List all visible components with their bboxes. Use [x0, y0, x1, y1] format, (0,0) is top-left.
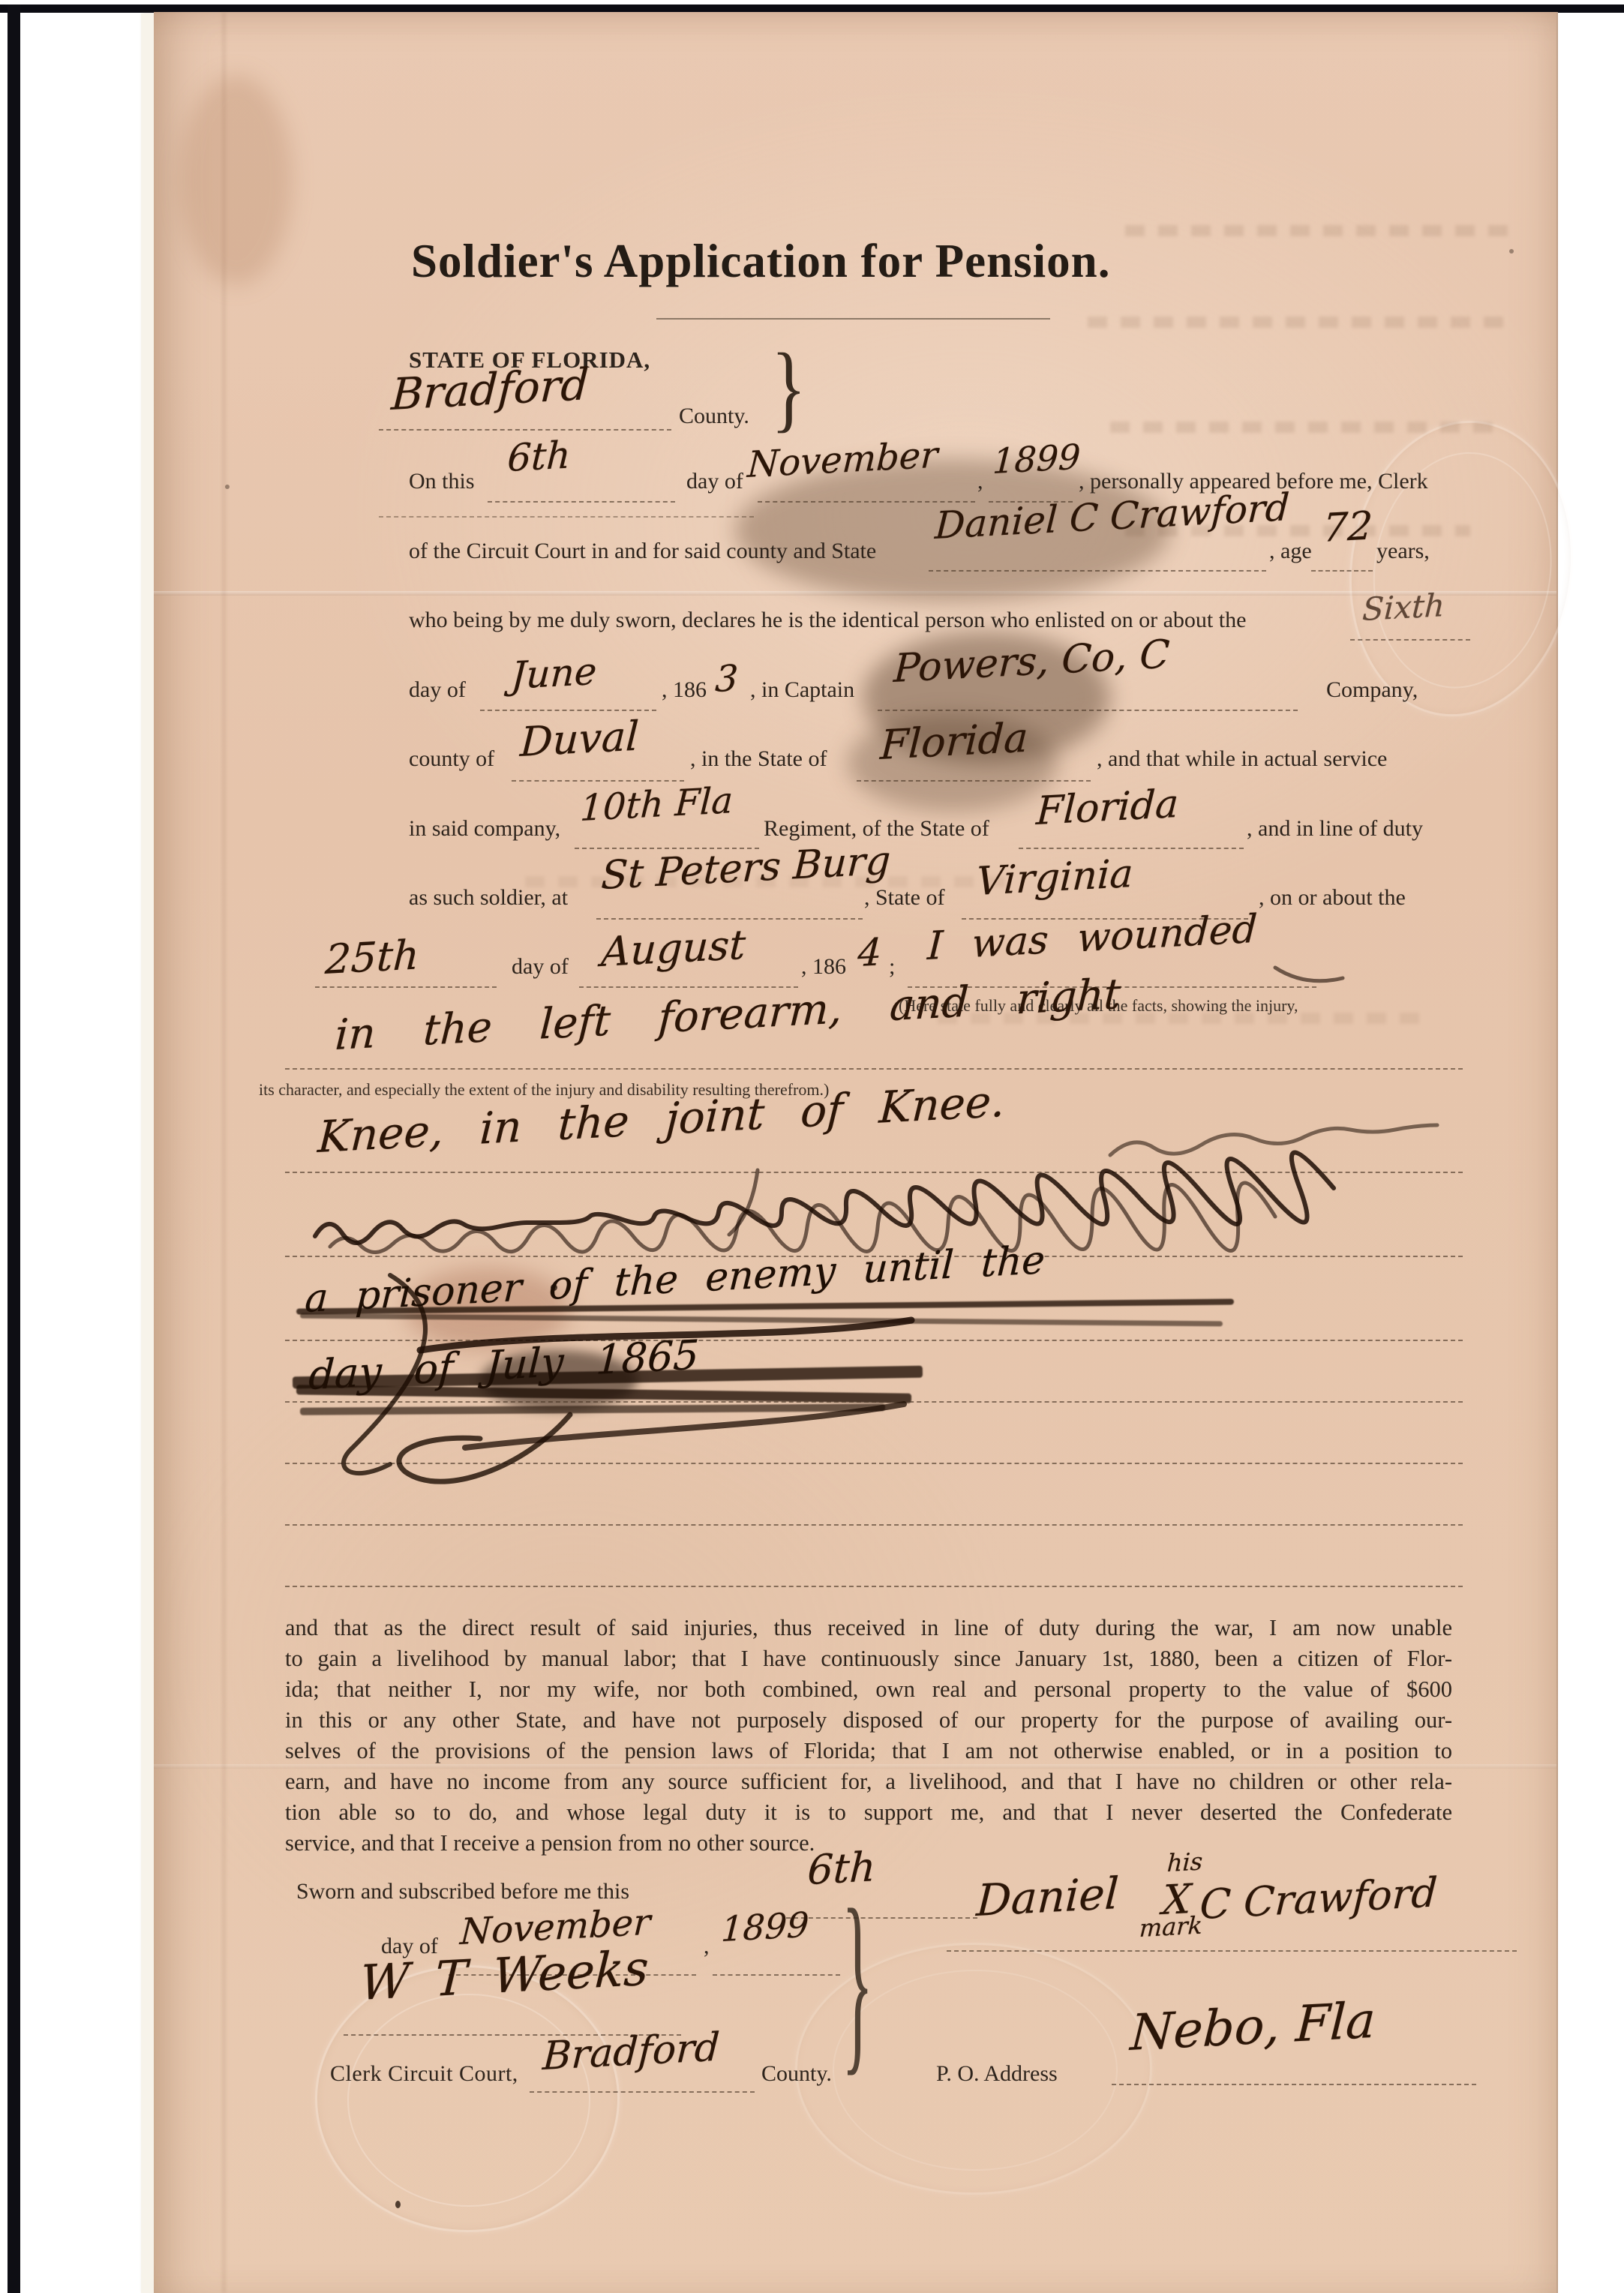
- ink-scribble-overlay: [0, 0, 1624, 2293]
- scanned-pension-document: Soldier's Application for Pension. STATE…: [0, 0, 1624, 2293]
